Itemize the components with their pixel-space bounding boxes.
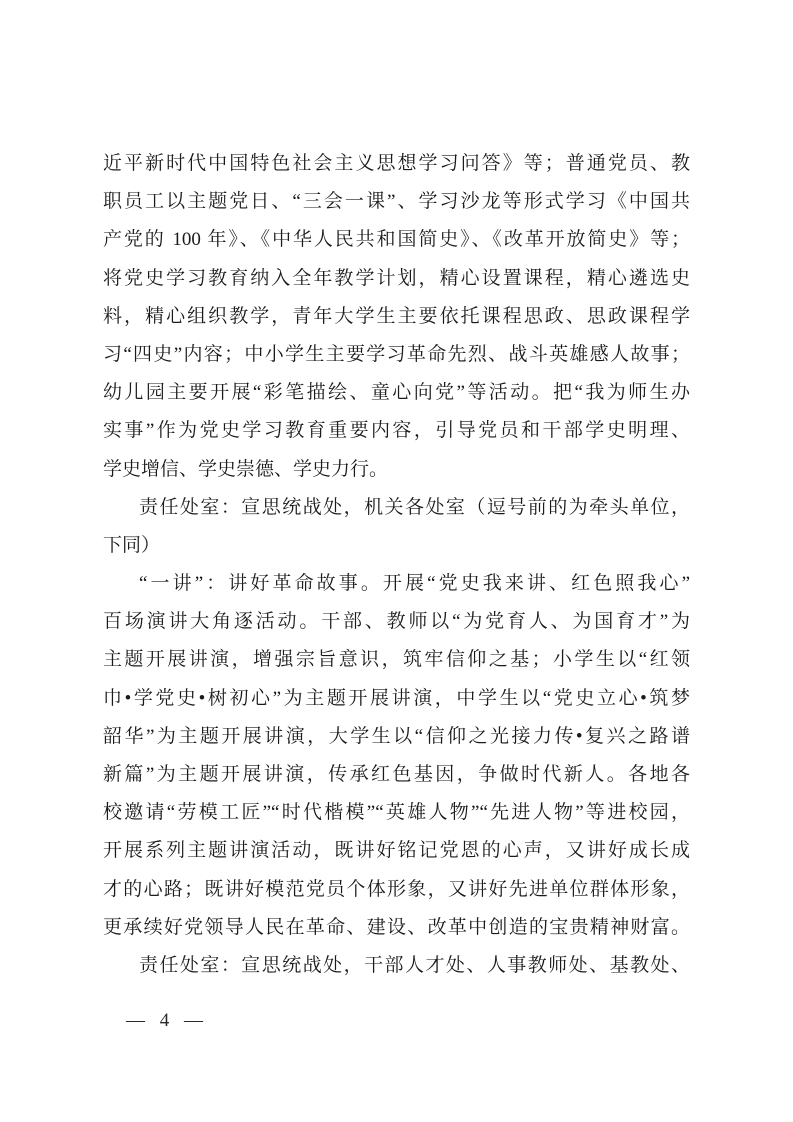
text-line: 将党史学习教育纳入全年教学计划，精心设置课程，精心遴选史 — [103, 260, 690, 298]
text-line: 实事”作为党史学习教育重要内容，引导党员和干部学史明理、 — [103, 412, 690, 450]
text-line: 开展系列主题讲演活动，既讲好铭记党恩的心声，又讲好成长成 — [103, 832, 690, 870]
page-footer: — 4 — — [126, 1002, 204, 1040]
text-line: 主题开展讲演，增强宗旨意识，筑牢信仰之基；小学生以“红领 — [103, 641, 690, 679]
text-line: 新篇”为主题开展讲演，传承红色基因，争做时代新人。各地各 — [103, 756, 690, 794]
text-line: 更承续好党领导人民在革命、建设、改革中创造的宝贵精神财富。 — [103, 909, 690, 947]
page-number: — 4 — — [126, 1010, 204, 1031]
text-line: 学史增信、学史崇德、学史力行。 — [103, 451, 690, 489]
text-line: 巾•学党史•树初心”为主题开展讲演，中学生以“党史立心•筑梦 — [103, 680, 690, 718]
text-line: 下同） — [103, 527, 690, 565]
text-line: 幼儿园主要开展“彩笔描绘、童心向党”等活动。把“我为师生办 — [103, 374, 690, 412]
text-line: 百场演讲大角逐活动。干部、教师以“为党育人、为国育才”为 — [103, 603, 690, 641]
text-line: “一讲”：讲好革命故事。开展“党史我来讲、红色照我心” — [103, 565, 690, 603]
document-body: 近平新时代中国特色社会主义思想学习问答》等；普通党员、教职员工以主题党日、“三会… — [103, 145, 690, 985]
text-line: 才的心路；既讲好模范党员个体形象，又讲好先进单位群体形象， — [103, 871, 690, 909]
text-line: 近平新时代中国特色社会主义思想学习问答》等；普通党员、教 — [103, 145, 690, 183]
text-line: 韶华”为主题开展讲演，大学生以“信仰之光接力传•复兴之路谱 — [103, 718, 690, 756]
text-line: 责任处室：宣思统战处，干部人才处、人事教师处、基教处、 — [103, 947, 690, 985]
text-line: 责任处室：宣思统战处，机关各处室（逗号前的为牵头单位， — [103, 489, 690, 527]
text-line: 校邀请“劳模工匠”“时代楷模”“英雄人物”“先进人物”等进校园， — [103, 794, 690, 832]
text-line: 料，精心组织教学，青年大学生主要依托课程思政、思政课程学 — [103, 298, 690, 336]
document-page: 近平新时代中国特色社会主义思想学习问答》等；普通党员、教职员工以主题党日、“三会… — [0, 0, 793, 1122]
text-line: 职员工以主题党日、“三会一课”、学习沙龙等形式学习《中国共 — [103, 183, 690, 221]
text-line: 习“四史”内容；中小学生主要学习革命先烈、战斗英雄感人故事； — [103, 336, 690, 374]
text-line: 产党的 100 年》、《中华人民共和国简史》、《改革开放简史》等； — [103, 221, 690, 259]
